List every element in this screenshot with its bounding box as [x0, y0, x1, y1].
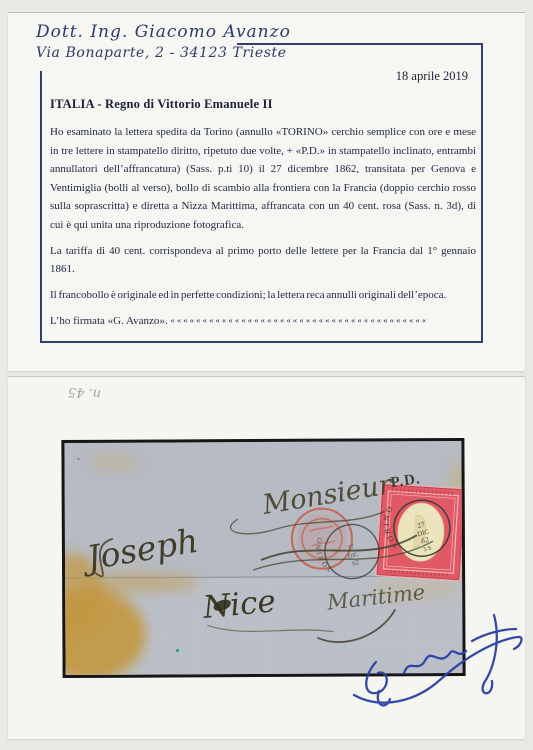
letterhead-name: Dott. Ing. Giacomo Avanzo	[36, 22, 291, 42]
signature-statement: L’ho firmata «G. Avanzo».	[50, 315, 168, 327]
line-filler-marks: ««««««««««««««««««««««««««««««««««««««««	[170, 315, 428, 325]
certificate-card: Dott. Ing. Giacomo Avanzo Via Bonaparte,…	[8, 13, 525, 371]
photo-card: n. 45	[8, 377, 525, 739]
paper-speck	[78, 458, 80, 460]
scanned-page: Dott. Ing. Giacomo Avanzo Via Bonaparte,…	[0, 0, 533, 750]
expert-ink-signature	[346, 607, 526, 712]
green-speck	[176, 649, 179, 652]
frame-border-left	[40, 71, 42, 341]
certificate-date: 18 aprile 2019	[328, 69, 468, 84]
certificate-paragraph-1: Ho esaminato la lettera spedita da Torin…	[50, 123, 476, 235]
letterhead-address: Via Bonaparte, 2 - 34123 Trieste	[36, 45, 287, 61]
frame-border-right	[481, 43, 483, 343]
certificate-signature-line: L’ho firmata «G. Avanzo». ««««««««««««««…	[50, 311, 476, 331]
frame-border-top	[237, 43, 483, 45]
address-city: Nice	[201, 583, 278, 626]
certificate-paragraph-2: La tariffa di 40 cent. corrispondeva al …	[50, 242, 476, 279]
certificate-title: ITALIA - Regno di Vittorio Emanuele II	[50, 97, 476, 112]
pencil-inventory-note: n. 45	[68, 384, 102, 401]
certificate-paragraph-3: Il francobollo è originale ed in perfett…	[50, 286, 476, 305]
certificate-body: ITALIA - Regno di Vittorio Emanuele II H…	[50, 97, 476, 338]
frame-border-bottom	[40, 341, 483, 343]
